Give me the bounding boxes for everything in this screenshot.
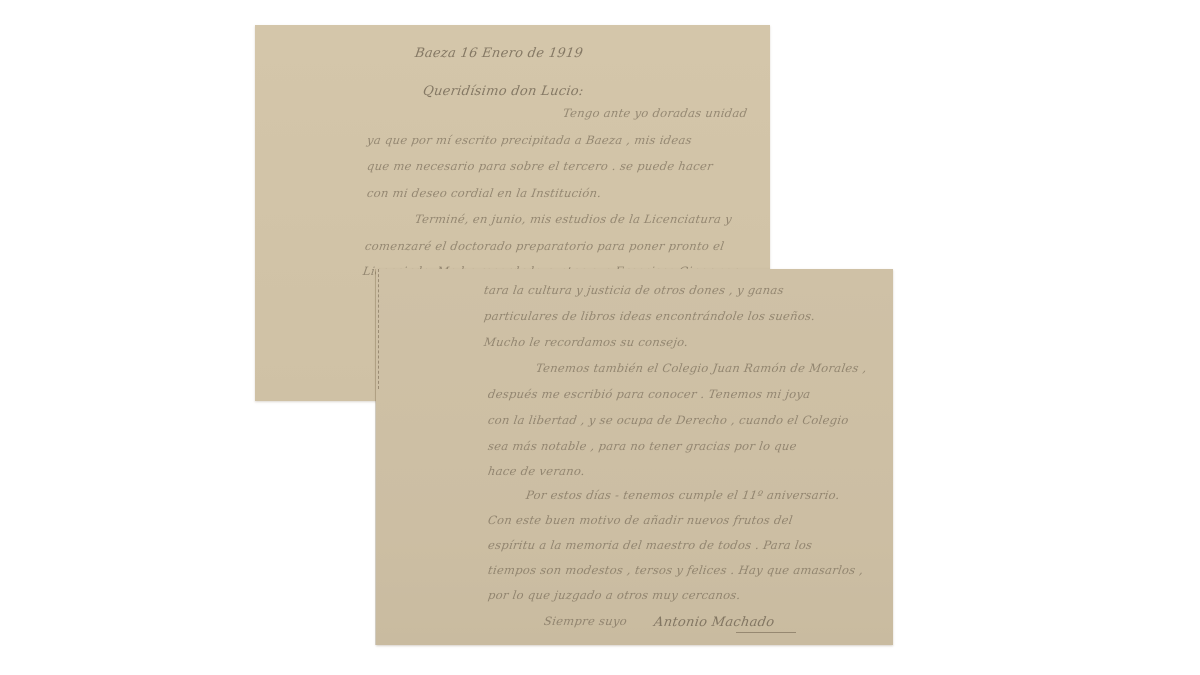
letter-line: espíritu a la memoria del maestro de tod… — [487, 540, 813, 552]
letter-line: Tengo ante yo doradas unidad — [562, 108, 748, 120]
letter-line: Por estos días - tenemos cumple el 11º a… — [525, 490, 840, 502]
letter-line: después me escribió para conocer . Tenem… — [487, 389, 811, 401]
salutation: Queridísimo don Lucio: — [422, 85, 584, 98]
letter-line: Terminé, en junio, mis estudios de la Li… — [414, 214, 732, 226]
signature: Antonio Machado — [653, 616, 775, 629]
letter-line: Con este buen motivo de añadir nuevos fr… — [487, 515, 793, 527]
letter-line: sea más notable , para no tener gracias … — [487, 441, 797, 453]
letter-page-2: tara la cultura y justicia de otros done… — [376, 269, 893, 645]
letter-line: hace de verano. — [487, 466, 586, 478]
letter-line: tiempos son modestos , tersos y felices … — [487, 565, 864, 577]
page-1-left-margin-shadow — [378, 269, 381, 389]
letter-line: Tenemos también el Colegio Juan Ramón de… — [535, 363, 867, 375]
letter-line: por lo que juzgado a otros muy cercanos. — [487, 590, 741, 602]
letter-line: ya que por mí escrito precipitada a Baez… — [366, 135, 692, 147]
letter-line: con la libertad , y se ocupa de Derecho … — [487, 415, 849, 427]
date-line: Baeza 16 Enero de 1919 — [414, 47, 584, 60]
letter-line: tara la cultura y justicia de otros done… — [483, 285, 784, 297]
letter-line: comenzaré el doctorado preparatorio para… — [364, 241, 725, 253]
letter-line: que me necesario para sobre el tercero .… — [366, 161, 714, 173]
closing: Siempre suyo — [543, 616, 628, 628]
letter-line: con mi deseo cordial en la Institución. — [366, 188, 602, 200]
signature-flourish — [736, 632, 796, 633]
letter-line: Mucho le recordamos su consejo. — [483, 337, 689, 349]
letter-line: particulares de libros ideas encontrándo… — [483, 311, 816, 323]
